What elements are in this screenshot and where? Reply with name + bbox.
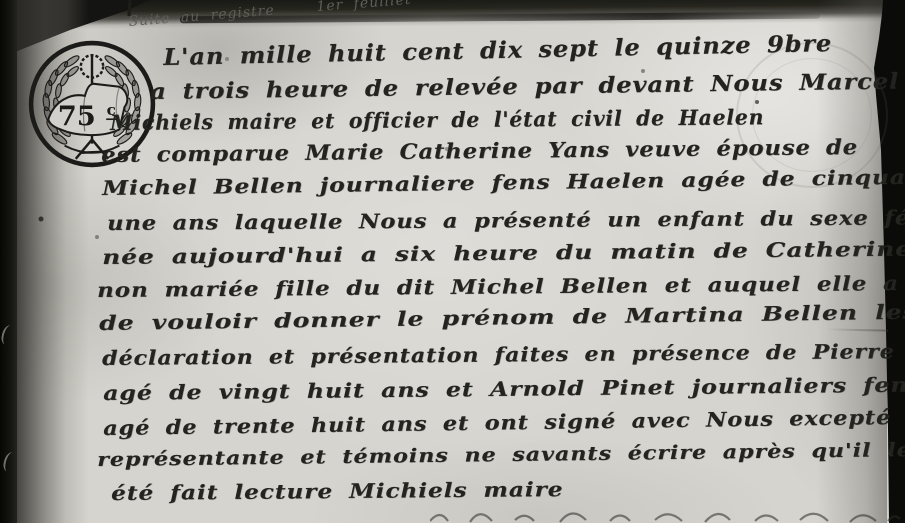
ink-specks [0,0,2,2]
stamp-denomination: 75 [58,100,96,132]
scanned-register-page: 75 c Suite au registre 1er feuillet L'an… [0,0,905,523]
book-binding-left [0,0,17,523]
cutoff-manuscript-line [430,505,900,523]
manuscript-line: été fait lecture Michiels maire [111,477,563,505]
